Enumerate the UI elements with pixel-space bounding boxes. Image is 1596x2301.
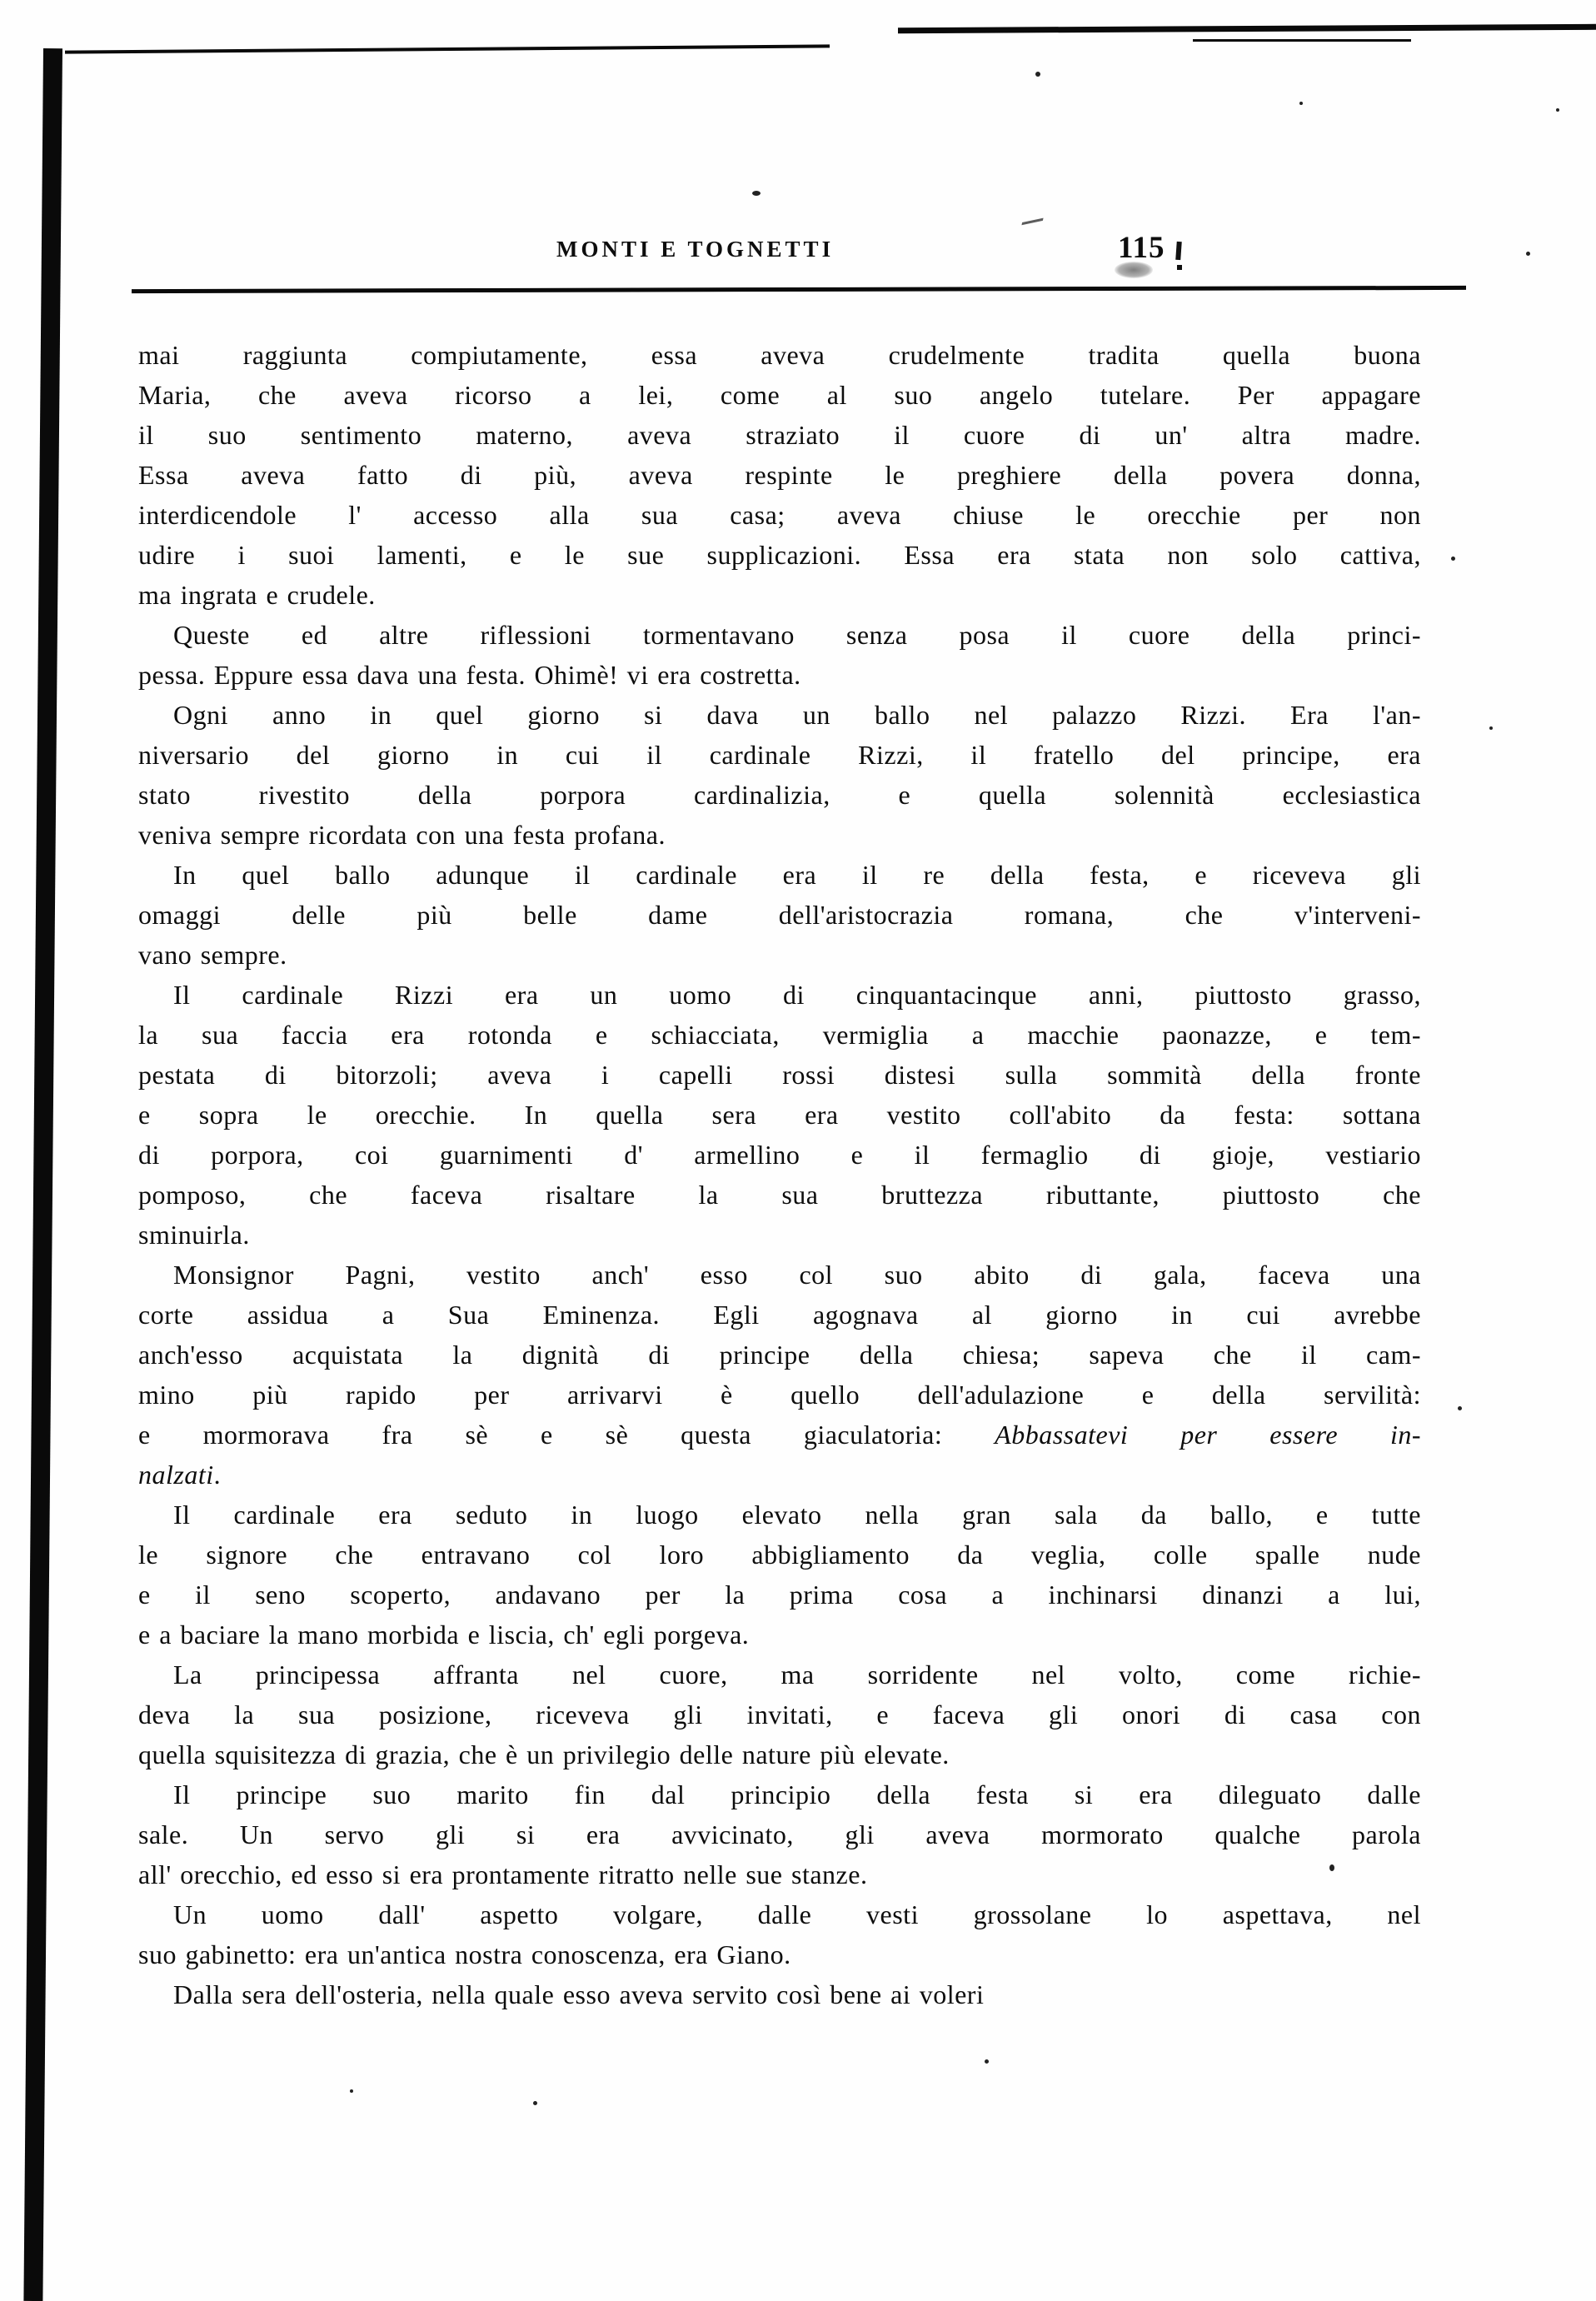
scanned-book-page: MONTI E TOGNETTI 115 mai raggiunta compi…: [0, 0, 1596, 2301]
scan-speck: [1299, 102, 1303, 105]
text-line: udire i suoi lamenti, e le sue supplicaz…: [138, 535, 1421, 575]
scan-gutter-shadow: [23, 48, 62, 2301]
text-line: Il cardinale era seduto in luogo elevato…: [138, 1495, 1421, 1535]
ink-mark: [1021, 207, 1045, 226]
text-line: niversario del giorno in cui il cardinal…: [138, 735, 1421, 775]
scan-speck: [1035, 72, 1040, 77]
text-line: corte assidua a Sua Eminenza. Egli agogn…: [138, 1295, 1421, 1335]
scan-speck: [1526, 252, 1530, 256]
scan-page-edge-line: [65, 44, 830, 53]
text-line: Maria, che aveva ricorso a lei, come al …: [138, 375, 1421, 415]
scan-speck: [350, 2089, 353, 2093]
header-divider-rule: [132, 286, 1466, 293]
text-line: veniva sempre ricordata con una festa pr…: [138, 815, 1421, 855]
text-line: Un uomo dall' aspetto volgare, dalle ves…: [138, 1894, 1421, 1934]
ink-mark: [1175, 242, 1182, 260]
text-line: interdicendole l' accesso alla sua casa;…: [138, 495, 1421, 535]
text-line: La principessa affranta nel cuore, ma so…: [138, 1655, 1421, 1695]
text-line: all' orecchio, ed esso si era prontament…: [138, 1854, 1421, 1894]
text-line: omaggi delle più belle dame dell'aristoc…: [138, 895, 1421, 935]
text-line: sale. Un servo gli si era avvicinato, gl…: [138, 1814, 1421, 1854]
ink-mark: [1177, 265, 1182, 270]
text-line: ma ingrata e crudele.: [138, 575, 1421, 615]
scan-speck: [1556, 108, 1559, 112]
scan-page-edge-line: [898, 24, 1596, 33]
text-line: pestata di bitorzoli; aveva i capelli ro…: [138, 1055, 1421, 1095]
text-line: Ogni anno in quel giorno si dava un ball…: [138, 695, 1421, 735]
text-line: deva la sua posizione, riceveva gli invi…: [138, 1695, 1421, 1734]
text-line: Essa aveva fatto di più, aveva respinte …: [138, 455, 1421, 495]
text-line: e mormorava fra sè e sè questa giaculato…: [138, 1415, 1421, 1455]
text-line: di porpora, coi guarnimenti d' armellino…: [138, 1135, 1421, 1175]
text-line: pomposo, che faceva risaltare la sua bru…: [138, 1175, 1421, 1215]
text-line: pessa. Eppure essa dava una festa. Ohimè…: [138, 655, 1421, 695]
body-text: mai raggiunta compiutamente, essa aveva …: [138, 335, 1421, 2014]
text-line: e sopra le orecchie. In quella sera era …: [138, 1095, 1421, 1135]
text-line: In quel ballo adunque il cardinale era i…: [138, 855, 1421, 895]
text-line: vano sempre.: [138, 935, 1421, 975]
text-line: suo gabinetto: era un'antica nostra cono…: [138, 1934, 1421, 1974]
scan-speck: [1451, 557, 1455, 561]
text-line: Il cardinale Rizzi era un uomo di cinqua…: [138, 975, 1421, 1015]
text-line: stato rivestito della porpora cardinaliz…: [138, 775, 1421, 815]
text-line: anch'esso acquistata la dignità di princ…: [138, 1335, 1421, 1375]
text-line: il suo sentimento materno, aveva strazia…: [138, 415, 1421, 455]
text-line: e a baciare la mano morbida e liscia, ch…: [138, 1615, 1421, 1655]
text-line: nalzati.: [138, 1455, 1421, 1495]
scan-speck: [1458, 1406, 1462, 1410]
scan-speck: [533, 2101, 537, 2105]
text-line: quella squisitezza di grazia, che è un p…: [138, 1734, 1421, 1774]
text-line: la sua faccia era rotonda e schiacciata,…: [138, 1015, 1421, 1055]
text-line: le signore che entravano col loro abbigl…: [138, 1535, 1421, 1575]
text-line: e il seno scoperto, andavano per la prim…: [138, 1575, 1421, 1615]
text-line: Monsignor Pagni, vestito anch' esso col …: [138, 1255, 1421, 1295]
page-number: 115: [1118, 230, 1165, 266]
text-line: Queste ed altre riflessioni tormentavano…: [138, 615, 1421, 655]
scan-speck: [985, 2059, 989, 2064]
scan-page-edge-line: [1193, 39, 1411, 42]
text-line: Il principe suo marito fin dal principio…: [138, 1774, 1421, 1814]
text-line: sminuirla.: [138, 1215, 1421, 1255]
text-line: mai raggiunta compiutamente, essa aveva …: [138, 335, 1421, 375]
text-line: mino più rapido per arrivarvi è quello d…: [138, 1375, 1421, 1415]
scan-speck: [752, 191, 761, 196]
text-line: Dalla sera dell'osteria, nella quale ess…: [138, 1974, 1421, 2014]
running-title: MONTI E TOGNETTI: [556, 237, 834, 262]
scan-speck: [1489, 726, 1493, 730]
